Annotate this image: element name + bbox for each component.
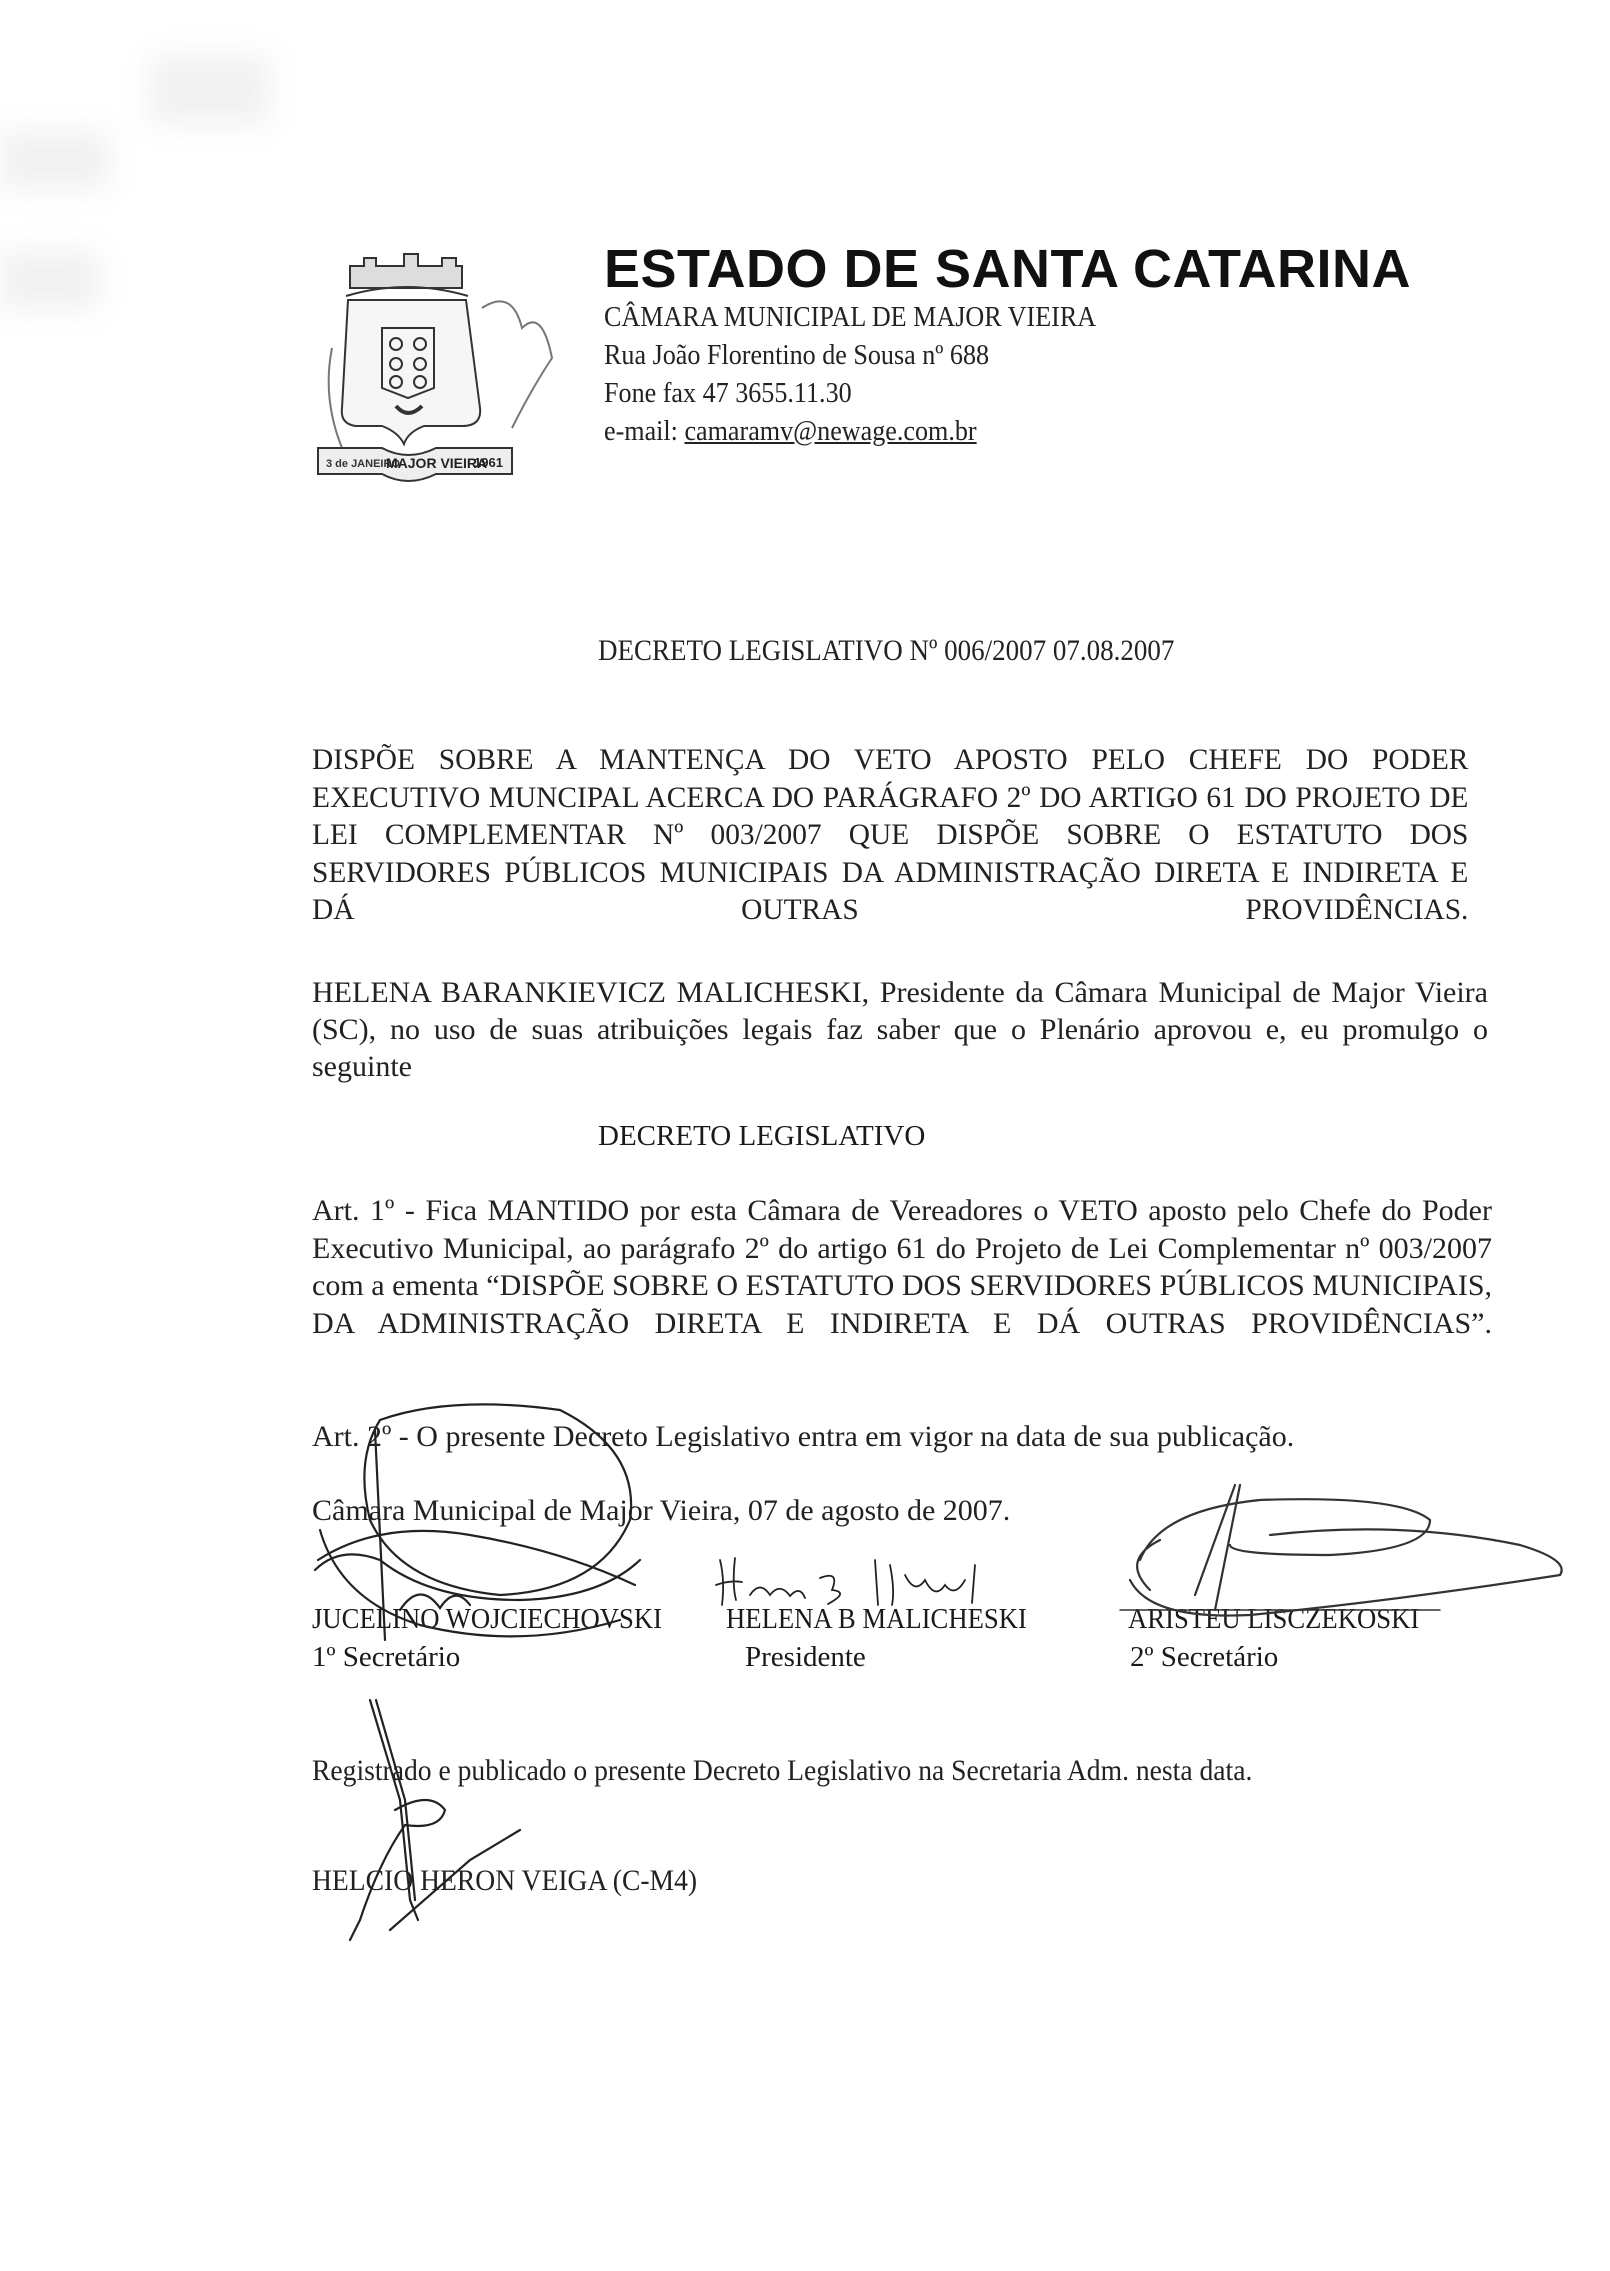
decree-summary: DISPÕE SOBRE A MANTENÇA DO VETO APOSTO P… [312,741,1468,929]
chamber-phone: Fone fax 47 3655.11.30 [604,377,852,410]
municipal-coat-of-arms-icon: 3 de JANEIRO MAJOR VIEIRA 1961 [312,248,592,518]
scan-smudge [0,130,110,190]
state-title: ESTADO DE SANTA CATARINA [604,238,1411,300]
place-and-date: Câmara Municipal de Major Vieira, 07 de … [312,1492,1010,1530]
email-link[interactable]: camaramv@newage.com.br [684,415,976,447]
signatory-name: JUCELINO WOJCIECHOVSKI [312,1603,662,1636]
decree-preamble: HELENA BARANKIEVICZ MALICHESKI, Presiden… [312,974,1488,1085]
scan-smudge [0,250,100,310]
registration-note: Registrado e publicado o presente Decret… [312,1752,1252,1790]
svg-text:1961: 1961 [474,455,503,470]
signatory-name: HELENA B MALICHESKI [726,1603,1027,1636]
signatory-role: 2º Secretário [1130,1641,1278,1674]
article-2: Art. 2º - O presente Decreto Legislativo… [312,1418,1294,1456]
signatory-role: Presidente [745,1641,866,1674]
svg-text:MAJOR VIEIRA: MAJOR VIEIRA [386,455,487,471]
signatory-role: 1º Secretário [312,1641,460,1674]
scan-smudge [150,55,270,125]
email-label: e-mail: [604,415,684,447]
signatory-name: ARISTEU LISCZEKOSKI [1128,1603,1419,1636]
signature-aristeu-icon [1120,1485,1562,1616]
signature-helcio-icon [350,1700,520,1940]
chamber-name: CÂMARA MUNICIPAL DE MAJOR VIEIRA [604,301,1096,334]
chamber-email: e-mail: camaramv@newage.com.br [604,415,977,448]
article-1: Art. 1º - Fica MANTIDO por esta Câmara d… [312,1192,1492,1342]
chamber-address: Rua João Florentino de Sousa nº 688 [604,339,989,372]
section-heading: DECRETO LEGISLATIVO [598,1120,925,1153]
decree-number: DECRETO LEGISLATIVO Nº 006/2007 07.08.20… [598,632,1174,670]
registrar-name: HELCIO HERON VEIGA (C-M4) [312,1862,697,1900]
signature-helena-icon [716,1558,975,1605]
